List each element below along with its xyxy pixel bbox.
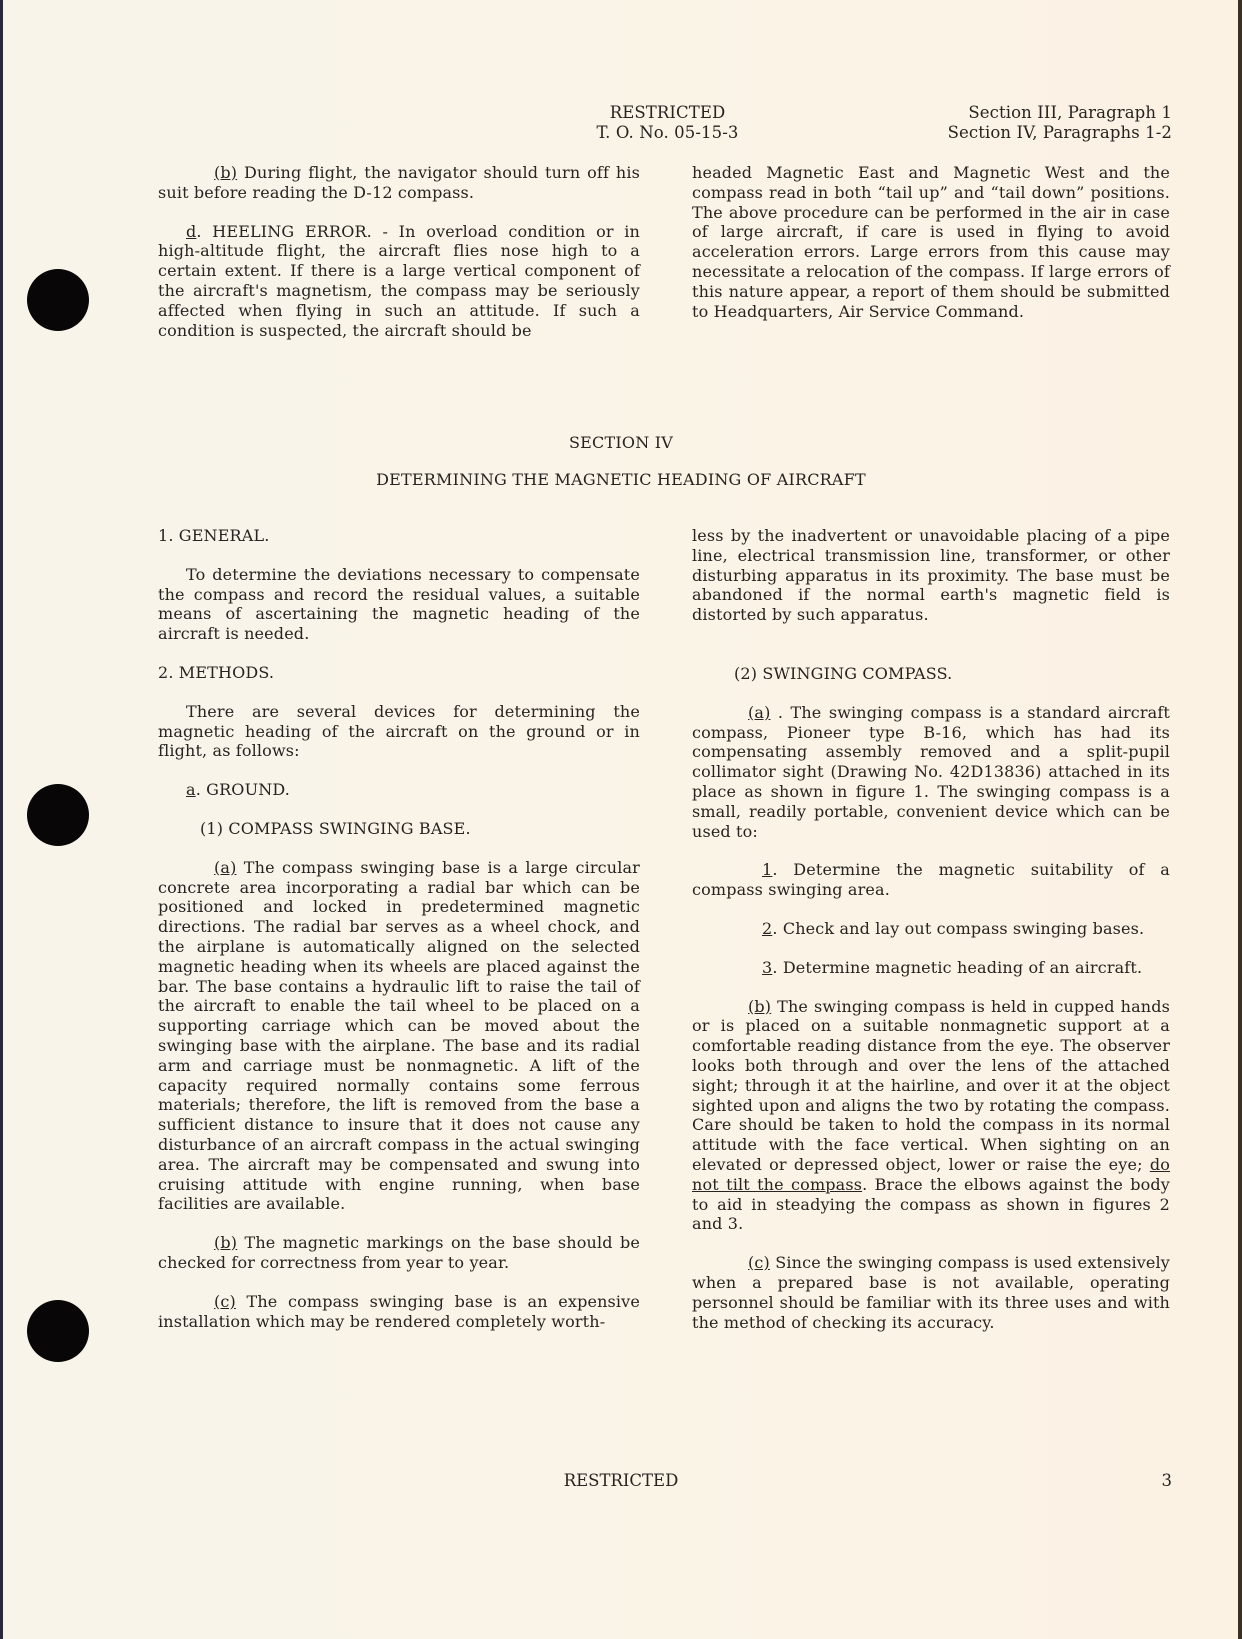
heading-general: 1. GENERAL. — [158, 526, 640, 546]
paragraph-d-heeling-error: d. HEELING ERROR. - In overload conditio… — [158, 222, 640, 341]
document-page: RESTRICTED T. O. No. 05-15-3 Section III… — [0, 0, 1242, 1639]
top-left-column: (b) During flight, the navigator should … — [158, 163, 640, 340]
paragraph-base-a: (a) The compass swinging base is a large… — [158, 858, 640, 1214]
header-classification: RESTRICTED — [560, 103, 775, 123]
top-right-column: headed Magnetic East and Magnetic West a… — [692, 163, 1170, 321]
heading-ground: a. GROUND. — [158, 780, 640, 800]
header-section-ref-1: Section III, Paragraph 1 — [948, 103, 1172, 123]
heading-compass-swinging-base: (1) COMPASS SWINGING BASE. — [158, 819, 640, 839]
header-right: Section III, Paragraph 1 Section IV, Par… — [948, 103, 1172, 143]
paragraph-b-navigator: (b) During flight, the navigator should … — [158, 163, 640, 203]
body-left-column: 1. GENERAL. To determine the deviations … — [158, 526, 640, 1331]
page-edge-left — [0, 0, 3, 1639]
footer-classification: RESTRICTED — [0, 1471, 1242, 1490]
binder-hole-bottom — [27, 1300, 89, 1362]
paragraph-base-b: (b) The magnetic markings on the base sh… — [158, 1233, 640, 1273]
binder-hole-top — [27, 269, 89, 331]
section-number: SECTION IV — [0, 433, 1242, 452]
paragraph-methods: There are several devices for determinin… — [158, 702, 640, 761]
paragraph-general: To determine the deviations necessary to… — [158, 565, 640, 644]
paragraph-base-c: (c) The compass swinging base is an expe… — [158, 1292, 640, 1332]
heading-methods: 2. METHODS. — [158, 663, 640, 683]
paragraph-swing-a: (a) . The swinging compass is a standard… — [692, 703, 1170, 842]
use-item-1: 1. Determine the magnetic suitability of… — [692, 860, 1170, 900]
body-right-column: less by the inadvertent or unavoidable p… — [692, 526, 1170, 1332]
paragraph-label: (b) — [214, 163, 237, 182]
header-center: RESTRICTED T. O. No. 05-15-3 — [560, 103, 775, 143]
page-number: 3 — [1162, 1471, 1173, 1490]
paragraph-base-c-continuation: less by the inadvertent or unavoidable p… — [692, 526, 1170, 625]
header-to-number: T. O. No. 05-15-3 — [560, 123, 775, 143]
paragraph-label: d — [186, 222, 196, 241]
binder-hole-middle — [27, 784, 89, 846]
heading-swinging-compass: (2) SWINGING COMPASS. — [692, 664, 1170, 684]
paragraph-swing-b: (b) The swinging compass is held in cupp… — [692, 997, 1170, 1235]
section-title: DETERMINING THE MAGNETIC HEADING OF AIRC… — [0, 470, 1242, 489]
header-section-ref-2: Section IV, Paragraphs 1-2 — [948, 123, 1172, 143]
paragraph-heeling-continuation: headed Magnetic East and Magnetic West a… — [692, 163, 1170, 321]
paragraph-swing-c: (c) Since the swinging compass is used e… — [692, 1253, 1170, 1332]
use-item-3: 3. Determine magnetic heading of an airc… — [692, 958, 1170, 978]
page-edge-right — [1238, 0, 1242, 1639]
use-item-2: 2. Check and lay out compass swinging ba… — [692, 919, 1170, 939]
